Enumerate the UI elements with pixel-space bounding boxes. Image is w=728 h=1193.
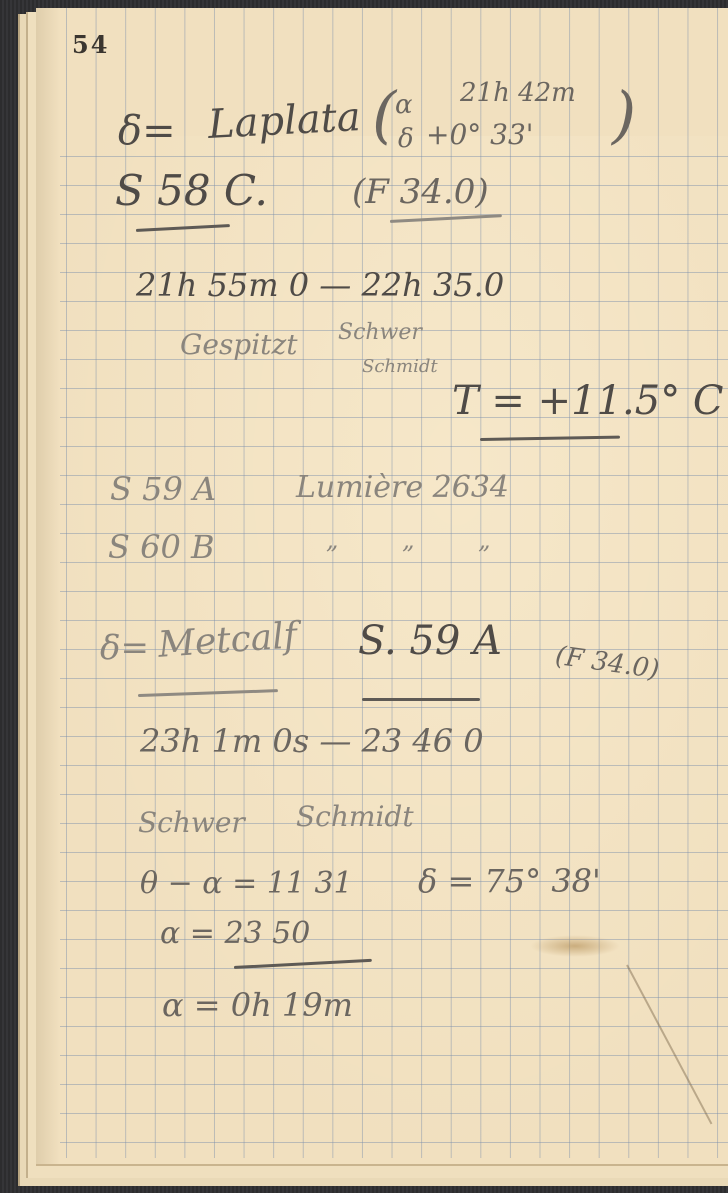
entry2-note-schmidt: Schmidt (296, 800, 414, 833)
plate-row-2-id: S 60 B (108, 528, 215, 566)
page-number: 54 (72, 30, 109, 59)
entry1-delta-value: +0° 33' (426, 118, 534, 151)
entry1-filter: (F 34.0) (352, 172, 489, 212)
entry1-plate: S 58 C. (115, 166, 268, 215)
entry2-time-range: 23h 1m 0s — 23 46 0 (140, 722, 484, 760)
entry2-calc-alpha-subtract: α = 23 50 (160, 916, 310, 951)
plate-row-1-id: S 59 A (110, 470, 216, 508)
paper-stain (530, 935, 620, 957)
entry1-note-gespitzt: Gespitzt (180, 328, 297, 361)
entry1-observer: Laplata (207, 94, 362, 148)
entry1-note-schwer: Schwer (338, 320, 422, 345)
entry1-note-schmidt: Schmidt (362, 356, 438, 377)
entry2-calc-theta-minus-alpha: θ − α = 11 31 (140, 866, 353, 901)
entry1-time-range: 21h 55m 0 — 22h 35.0 (136, 266, 504, 304)
entry1-close-paren: ) (612, 78, 636, 151)
entry1-delta-label: δ (398, 124, 414, 154)
plate-row-2-ditto: „ „ „ (326, 526, 519, 554)
entry1-open-paren: ( (372, 78, 396, 151)
entry2-calc-alpha-result: α = 0h 19m (162, 986, 353, 1024)
entry2-calc-delta: δ = 75° 38' (418, 862, 601, 900)
plate-row-1-note: Lumière 2634 (296, 470, 509, 505)
entry2-plate: S. 59 A (358, 618, 502, 664)
entry2-header-symbol: δ= (100, 628, 149, 668)
entry1-temperature: T = +11.5° C (452, 378, 724, 424)
entry1-alpha-value: 21h 42m (460, 78, 576, 108)
entry1-header-symbol: δ= (118, 108, 176, 154)
entry2-note-schwer: Schwer (138, 806, 245, 839)
entry1-alpha-label: α (395, 90, 413, 120)
entry2-plate-underline (362, 698, 480, 701)
